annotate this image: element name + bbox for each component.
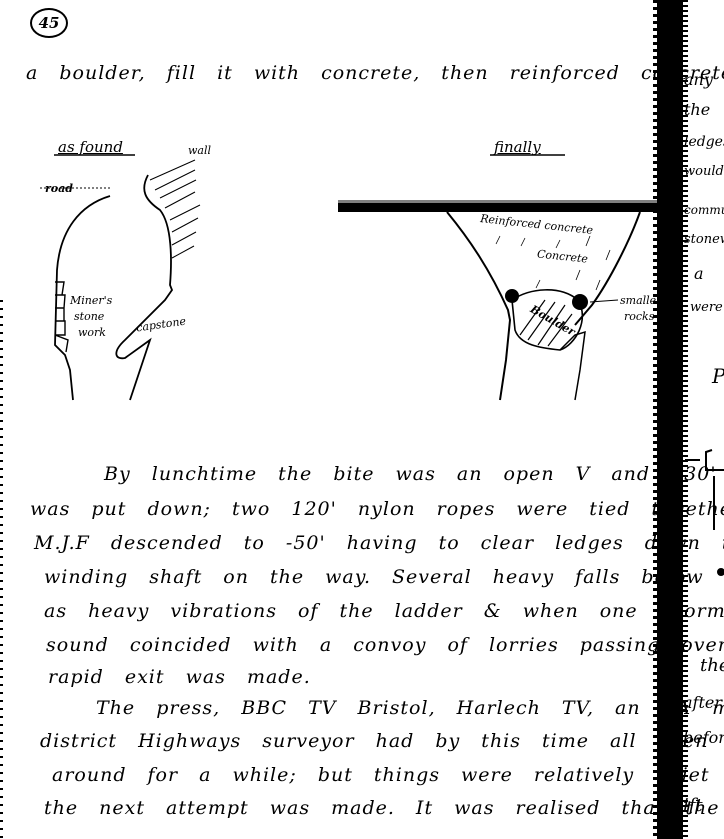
right-page-fragment: before — [683, 728, 724, 747]
right-page-fragment: ift — [683, 795, 703, 816]
right-page-fragment: the — [700, 655, 724, 676]
right-page-fragment: after — [683, 693, 722, 712]
right-page-bracket — [0, 0, 724, 839]
